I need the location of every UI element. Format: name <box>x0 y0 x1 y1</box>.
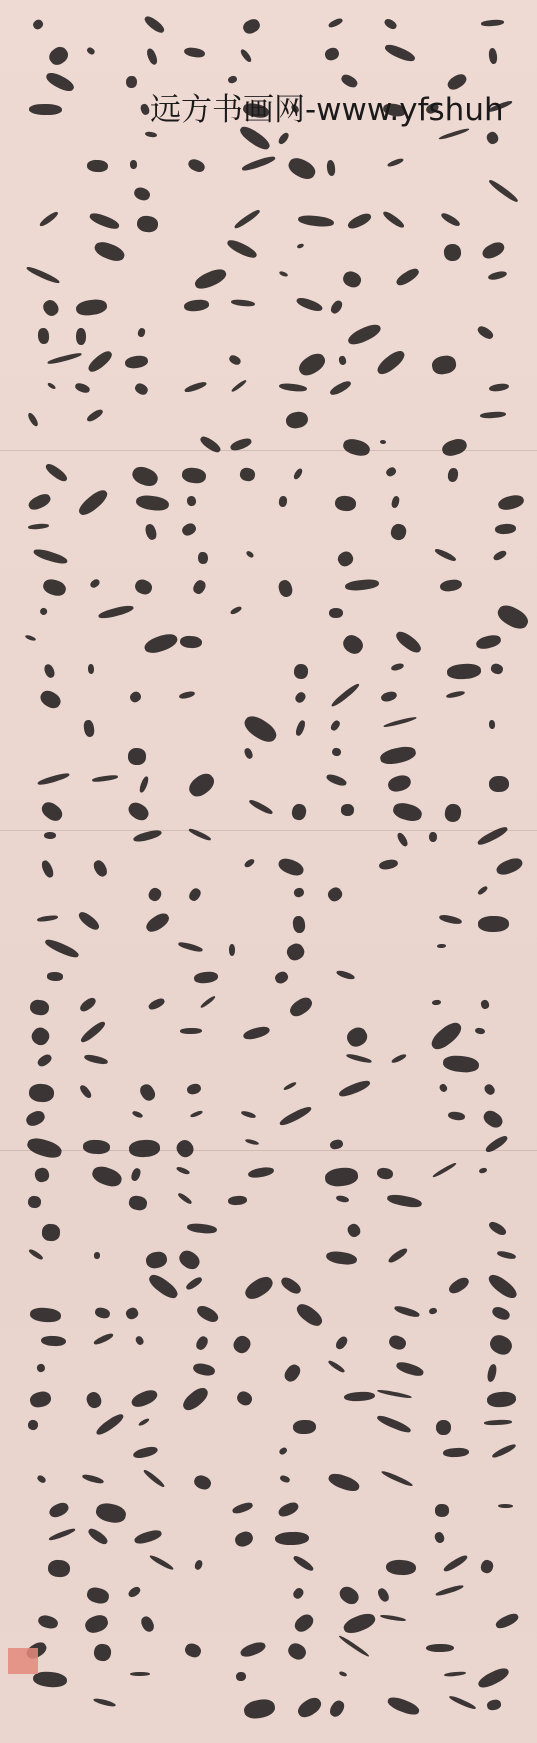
ink-stroke <box>387 773 413 794</box>
ink-stroke <box>432 1000 441 1006</box>
ink-stroke <box>479 1558 494 1574</box>
ink-stroke <box>391 1053 408 1065</box>
ink-stroke <box>391 801 423 824</box>
ink-stroke <box>380 690 398 703</box>
ink-stroke <box>383 17 398 31</box>
ink-stroke <box>32 18 45 31</box>
ink-stroke <box>489 776 509 793</box>
ink-stroke <box>147 1271 181 1301</box>
ink-stroke <box>496 1250 515 1260</box>
ink-stroke <box>274 970 291 985</box>
ink-stroke <box>395 831 409 848</box>
ink-stroke <box>74 382 91 395</box>
ink-stroke <box>294 690 308 704</box>
ink-stroke <box>440 437 468 459</box>
ink-stroke <box>38 606 48 616</box>
ink-stroke <box>495 523 517 535</box>
ink-stroke <box>176 1247 202 1272</box>
ink-stroke <box>247 1166 274 1180</box>
ink-stroke <box>127 1585 142 1599</box>
ink-stroke <box>40 859 55 879</box>
ink-stroke <box>336 1584 362 1608</box>
ink-stroke <box>83 1612 110 1635</box>
ink-stroke <box>94 1252 100 1259</box>
ink-stroke <box>233 1529 255 1549</box>
ink-stroke <box>378 858 399 871</box>
ink-stroke <box>442 1054 479 1073</box>
ink-stroke <box>326 885 345 903</box>
ink-stroke <box>144 1250 168 1270</box>
ink-stroke <box>436 1420 452 1436</box>
ink-stroke <box>46 44 70 68</box>
ink-stroke <box>296 350 329 379</box>
ink-stroke <box>446 1275 471 1296</box>
ink-stroke <box>293 1420 316 1435</box>
ink-stroke <box>26 492 52 512</box>
ink-stroke <box>327 17 343 29</box>
ink-stroke <box>447 663 482 680</box>
ink-stroke <box>292 1611 317 1635</box>
ink-stroke <box>324 1166 359 1187</box>
ink-stroke <box>488 270 509 282</box>
ink-stroke <box>376 1167 393 1180</box>
ink-stroke <box>239 1640 267 1659</box>
ink-stroke <box>230 379 247 393</box>
paper-seam <box>0 1150 537 1151</box>
ink-stroke <box>393 629 423 656</box>
ink-stroke <box>44 832 56 839</box>
ink-stroke <box>439 914 463 926</box>
ink-stroke <box>47 1500 70 1520</box>
ink-stroke <box>447 467 459 482</box>
ink-stroke <box>136 215 158 234</box>
ink-stroke <box>434 547 457 562</box>
ink-stroke <box>180 1384 211 1414</box>
ink-stroke <box>144 131 157 138</box>
ink-stroke <box>28 1024 52 1048</box>
ink-stroke <box>346 321 383 348</box>
ink-stroke <box>25 1135 63 1160</box>
ink-stroke <box>199 995 216 1009</box>
ink-stroke <box>225 237 258 260</box>
ink-stroke <box>47 352 82 365</box>
ink-stroke <box>487 1363 499 1382</box>
ink-stroke <box>475 633 502 651</box>
ink-stroke <box>327 1471 362 1494</box>
ink-stroke <box>341 269 364 290</box>
ink-stroke <box>435 1504 449 1517</box>
ink-stroke <box>330 682 362 709</box>
ink-stroke <box>145 47 159 66</box>
ink-stroke <box>448 1694 477 1710</box>
ink-stroke <box>173 1137 196 1160</box>
ink-stroke <box>85 408 104 424</box>
ink-stroke <box>29 999 50 1017</box>
ink-stroke <box>387 157 405 168</box>
ink-stroke <box>86 159 108 172</box>
ink-stroke <box>481 1108 505 1131</box>
ink-stroke <box>345 1222 362 1239</box>
ink-stroke <box>294 719 306 736</box>
ink-stroke <box>84 1053 109 1065</box>
ink-stroke <box>492 549 508 562</box>
ink-stroke <box>76 328 87 345</box>
ink-stroke <box>346 211 373 231</box>
ink-stroke <box>194 1303 220 1325</box>
ink-stroke <box>245 1138 259 1146</box>
ink-stroke <box>124 1306 139 1321</box>
ink-stroke <box>330 719 342 732</box>
ink-stroke <box>344 1024 371 1050</box>
ink-stroke <box>340 632 366 658</box>
ink-stroke <box>241 1110 257 1119</box>
ink-stroke <box>297 243 305 250</box>
ink-stroke <box>243 747 254 760</box>
ink-stroke <box>487 1220 508 1238</box>
ink-stroke <box>375 347 408 377</box>
ink-stroke <box>75 298 107 317</box>
ink-stroke <box>136 327 145 338</box>
ink-stroke <box>333 1335 349 1352</box>
ink-stroke <box>147 886 163 903</box>
ink-stroke <box>337 1078 371 1099</box>
ink-stroke <box>429 832 437 843</box>
ink-stroke <box>177 1192 192 1205</box>
ink-stroke <box>438 1083 448 1094</box>
ink-stroke <box>489 720 496 730</box>
ink-stroke <box>185 769 217 800</box>
ink-stroke <box>125 76 136 89</box>
ink-stroke <box>94 1306 111 1320</box>
ink-stroke <box>86 348 114 374</box>
ink-stroke <box>238 467 255 483</box>
ink-stroke <box>78 1083 93 1099</box>
watermark-text: 远方书画网-www.yfshuh <box>150 84 504 129</box>
ink-stroke <box>437 944 446 949</box>
ink-stroke <box>142 631 179 657</box>
ink-stroke <box>193 1559 204 1571</box>
ink-stroke <box>227 354 241 367</box>
ink-stroke <box>242 1273 276 1303</box>
ink-stroke <box>142 14 165 35</box>
ink-stroke <box>278 382 307 392</box>
ink-stroke <box>180 521 197 537</box>
ink-stroke <box>130 1672 150 1676</box>
ink-stroke <box>139 1614 157 1633</box>
ink-stroke <box>95 1501 128 1525</box>
ink-stroke <box>229 944 235 956</box>
ink-stroke <box>483 1082 497 1096</box>
ink-stroke <box>497 493 526 512</box>
ink-stroke <box>187 495 198 507</box>
ink-stroke <box>276 578 294 598</box>
ink-stroke <box>480 240 506 262</box>
ink-stroke <box>433 1531 446 1545</box>
ink-stroke <box>346 1053 373 1064</box>
ink-stroke <box>82 719 94 737</box>
ink-stroke <box>28 1195 42 1209</box>
ink-stroke <box>386 1559 417 1576</box>
ink-stroke <box>291 803 308 822</box>
ink-stroke <box>440 211 462 228</box>
ink-stroke <box>335 549 355 569</box>
ink-stroke <box>243 857 256 869</box>
ink-stroke <box>144 910 172 935</box>
ink-stroke <box>285 1640 309 1662</box>
ink-stroke <box>389 522 408 542</box>
ink-stroke <box>338 355 347 365</box>
ink-stroke <box>476 1665 511 1691</box>
ink-stroke <box>323 46 341 63</box>
ink-stroke <box>76 910 101 933</box>
ink-stroke <box>44 937 80 959</box>
ink-stroke <box>198 552 208 565</box>
ink-stroke <box>82 1473 105 1485</box>
ink-stroke <box>138 1417 151 1427</box>
ink-stroke <box>443 1553 469 1573</box>
ink-stroke <box>275 1532 309 1546</box>
ink-stroke <box>184 380 208 393</box>
ink-stroke <box>38 328 50 344</box>
ink-stroke <box>186 1222 217 1234</box>
ink-stroke <box>89 578 101 590</box>
ink-stroke <box>88 664 95 674</box>
ink-stroke <box>428 1019 465 1054</box>
ink-stroke <box>243 1697 276 1720</box>
ink-stroke <box>377 1389 412 1400</box>
ink-stroke <box>38 210 59 228</box>
ink-stroke <box>242 1025 271 1042</box>
ink-stroke <box>128 690 143 705</box>
ink-stroke <box>37 915 58 923</box>
ink-stroke <box>279 270 289 277</box>
ink-stroke <box>341 804 355 816</box>
ink-stroke <box>194 1335 209 1352</box>
ink-stroke <box>326 160 336 176</box>
ink-stroke <box>86 46 96 55</box>
ink-stroke <box>176 1166 191 1176</box>
ink-stroke <box>44 462 69 484</box>
ink-stroke <box>28 1083 54 1103</box>
ink-stroke <box>126 799 152 823</box>
ink-stroke <box>28 1390 52 1409</box>
ink-stroke <box>432 1161 458 1178</box>
ink-stroke <box>79 1019 107 1044</box>
ink-stroke <box>484 1134 509 1154</box>
ink-stroke <box>37 1614 60 1631</box>
ink-stroke <box>76 486 111 518</box>
ink-stroke <box>279 1275 303 1297</box>
ink-stroke <box>147 997 166 1012</box>
ink-stroke <box>48 1559 71 1578</box>
ink-stroke <box>149 1554 175 1572</box>
ink-stroke <box>231 1333 254 1356</box>
ink-stroke <box>133 1445 159 1460</box>
ink-stroke <box>130 464 161 490</box>
ink-stroke <box>336 969 356 981</box>
calligraphy-scroll: 远方书画网-www.yfshuh <box>0 0 537 1743</box>
ink-stroke <box>294 1301 325 1330</box>
ink-stroke <box>334 495 356 512</box>
ink-stroke <box>231 1501 254 1515</box>
ink-stroke <box>92 858 110 878</box>
ink-stroke <box>487 1332 515 1358</box>
ink-stroke <box>33 547 69 566</box>
ink-stroke <box>44 70 76 95</box>
ink-stroke <box>386 1694 421 1717</box>
ink-stroke <box>344 578 379 591</box>
ink-stroke <box>295 1694 324 1720</box>
ink-stroke <box>36 1053 53 1068</box>
ink-stroke <box>187 886 202 902</box>
ink-stroke <box>293 887 305 899</box>
ink-stroke <box>476 825 509 847</box>
ink-stroke <box>192 266 228 292</box>
ink-stroke <box>328 1359 346 1374</box>
ink-stroke <box>284 941 306 963</box>
ink-stroke <box>47 972 63 981</box>
ink-stroke <box>498 1504 514 1509</box>
ink-stroke <box>487 1391 517 1408</box>
ink-stroke <box>227 75 238 85</box>
ink-stroke <box>489 383 510 393</box>
ink-stroke <box>25 634 37 642</box>
ink-stroke <box>191 578 207 595</box>
ink-stroke <box>327 1698 346 1719</box>
ink-stroke <box>443 803 462 823</box>
ink-stroke <box>443 243 462 262</box>
ink-stroke <box>125 354 150 369</box>
ink-stroke <box>235 1389 255 1408</box>
ink-stroke <box>278 495 287 507</box>
ink-stroke <box>434 1584 463 1597</box>
ink-stroke <box>329 1139 343 1151</box>
ink-stroke <box>192 1473 213 1492</box>
ink-stroke <box>85 1390 105 1411</box>
ink-stroke <box>24 1109 47 1129</box>
ink-stroke <box>438 127 469 141</box>
ink-stroke <box>229 606 241 616</box>
ink-stroke <box>92 774 118 782</box>
ink-stroke <box>276 856 305 879</box>
ink-stroke <box>475 1027 486 1035</box>
ink-stroke <box>325 773 347 788</box>
ink-stroke <box>376 1413 412 1434</box>
ink-stroke <box>285 410 310 430</box>
ink-stroke <box>135 1335 146 1346</box>
ink-stroke <box>380 1469 413 1488</box>
ink-stroke <box>484 1419 512 1425</box>
ink-stroke <box>85 1586 110 1606</box>
ink-stroke <box>384 42 417 64</box>
ink-stroke <box>341 437 371 458</box>
ink-stroke <box>292 1554 315 1573</box>
ink-stroke <box>194 971 219 984</box>
ink-stroke <box>446 690 466 699</box>
ink-stroke <box>133 577 154 597</box>
ink-stroke <box>428 1307 438 1315</box>
ink-stroke <box>41 1335 67 1347</box>
ink-stroke <box>95 1412 126 1438</box>
ink-stroke <box>390 495 400 508</box>
ink-stroke <box>336 1195 350 1204</box>
ink-stroke <box>294 663 309 679</box>
ink-stroke <box>387 1334 407 1352</box>
ink-stroke <box>183 46 205 59</box>
ink-stroke <box>183 299 209 312</box>
ink-stroke <box>241 17 262 36</box>
ink-stroke <box>380 1614 406 1622</box>
ink-stroke <box>133 1528 162 1546</box>
ink-stroke <box>291 1586 305 1600</box>
ink-stroke <box>479 1167 489 1174</box>
ink-stroke <box>329 608 343 618</box>
ink-stroke <box>278 1104 313 1127</box>
ink-stroke <box>181 466 206 484</box>
ink-stroke <box>277 131 291 146</box>
ink-stroke <box>185 1276 204 1292</box>
ink-stroke <box>29 104 62 116</box>
ink-stroke <box>180 1028 202 1034</box>
ink-stroke <box>338 1634 370 1658</box>
paper-seam <box>0 830 537 831</box>
ink-stroke <box>395 1360 424 1378</box>
ink-stroke <box>376 1587 391 1604</box>
ink-stroke <box>386 1193 422 1209</box>
ink-stroke <box>325 1250 357 1267</box>
ink-stroke <box>227 1195 246 1205</box>
ink-stroke <box>83 1139 111 1154</box>
ink-stroke <box>137 1082 157 1103</box>
ink-stroke <box>130 160 137 169</box>
ink-stroke <box>439 578 462 593</box>
ink-stroke <box>178 941 204 953</box>
ink-stroke <box>97 604 134 621</box>
ink-stroke <box>380 440 387 445</box>
ink-stroke <box>426 1644 454 1653</box>
ink-stroke <box>142 1468 165 1488</box>
ink-stroke <box>183 1641 203 1659</box>
ink-stroke <box>240 154 276 172</box>
ink-stroke <box>34 1166 51 1183</box>
ink-stroke <box>443 1447 470 1457</box>
ink-stroke <box>476 324 495 341</box>
ink-stroke <box>129 1387 159 1410</box>
ink-stroke <box>235 1672 246 1682</box>
ink-stroke <box>447 1111 465 1121</box>
ink-stroke <box>92 239 126 264</box>
ink-stroke <box>179 635 202 649</box>
ink-stroke <box>239 48 253 64</box>
ink-stroke <box>246 550 256 559</box>
ink-stroke <box>132 1110 145 1119</box>
ink-stroke <box>487 178 519 203</box>
ink-stroke <box>383 716 417 729</box>
ink-stroke <box>297 214 334 228</box>
ink-stroke <box>279 1446 289 1455</box>
ink-stroke <box>444 1671 467 1677</box>
ink-stroke <box>231 299 255 307</box>
ink-stroke <box>477 885 488 895</box>
ink-stroke <box>379 744 417 766</box>
ink-stroke <box>391 662 405 672</box>
ink-stroke <box>286 155 318 183</box>
ink-stroke <box>491 1443 517 1460</box>
ink-stroke <box>143 523 157 541</box>
ink-stroke <box>283 1081 298 1092</box>
ink-stroke <box>241 712 280 746</box>
ink-stroke <box>46 382 56 391</box>
